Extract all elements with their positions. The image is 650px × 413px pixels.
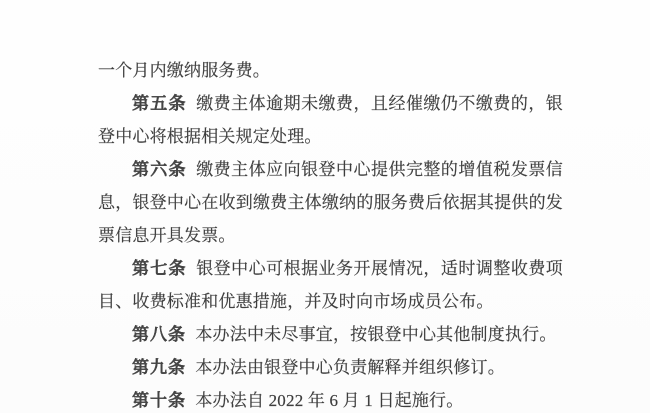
article-number: 第七条: [132, 259, 187, 278]
article-number: 第十条: [132, 391, 186, 410]
article-text: 本办法中未尽事宜，按银登中心其他制度执行。: [195, 325, 556, 344]
article-text: 本办法由银登中心负责解释并组织修订。: [195, 358, 505, 377]
paragraph-continuation: 一个月内缴纳服务费。: [98, 54, 563, 87]
paragraph-article-6: 第六条缴费主体应向银登中心提供完整的增值税发票信息，银登中心在收到缴费主体缴纳的…: [98, 153, 563, 252]
paragraph-article-10: 第十条本办法自 2022 年 6 月 1 日起施行。: [98, 384, 563, 413]
article-text: 本办法自 2022 年 6 月 1 日起施行。: [195, 391, 463, 410]
article-number: 第八条: [132, 325, 186, 344]
article-number: 第六条: [132, 160, 187, 179]
article-number: 第五条: [132, 94, 187, 113]
paragraph-article-5: 第五条缴费主体逾期未缴费，且经催缴仍不缴费的，银登中心将根据相关规定处理。: [98, 87, 563, 153]
paragraph-article-7: 第七条银登中心可根据业务开展情况，适时调整收费项目、收费标准和优惠措施，并及时向…: [98, 252, 563, 318]
document-page: 一个月内缴纳服务费。 第五条缴费主体逾期未缴费，且经催缴仍不缴费的，银登中心将根…: [0, 0, 650, 413]
paragraph-article-8: 第八条本办法中未尽事宜，按银登中心其他制度执行。: [98, 318, 563, 351]
document-text-block: 一个月内缴纳服务费。 第五条缴费主体逾期未缴费，且经催缴仍不缴费的，银登中心将根…: [98, 54, 563, 413]
paragraph-article-9: 第九条本办法由银登中心负责解释并组织修订。: [98, 351, 563, 384]
article-number: 第九条: [132, 358, 186, 377]
article-text: 一个月内缴纳服务费。: [98, 61, 270, 80]
